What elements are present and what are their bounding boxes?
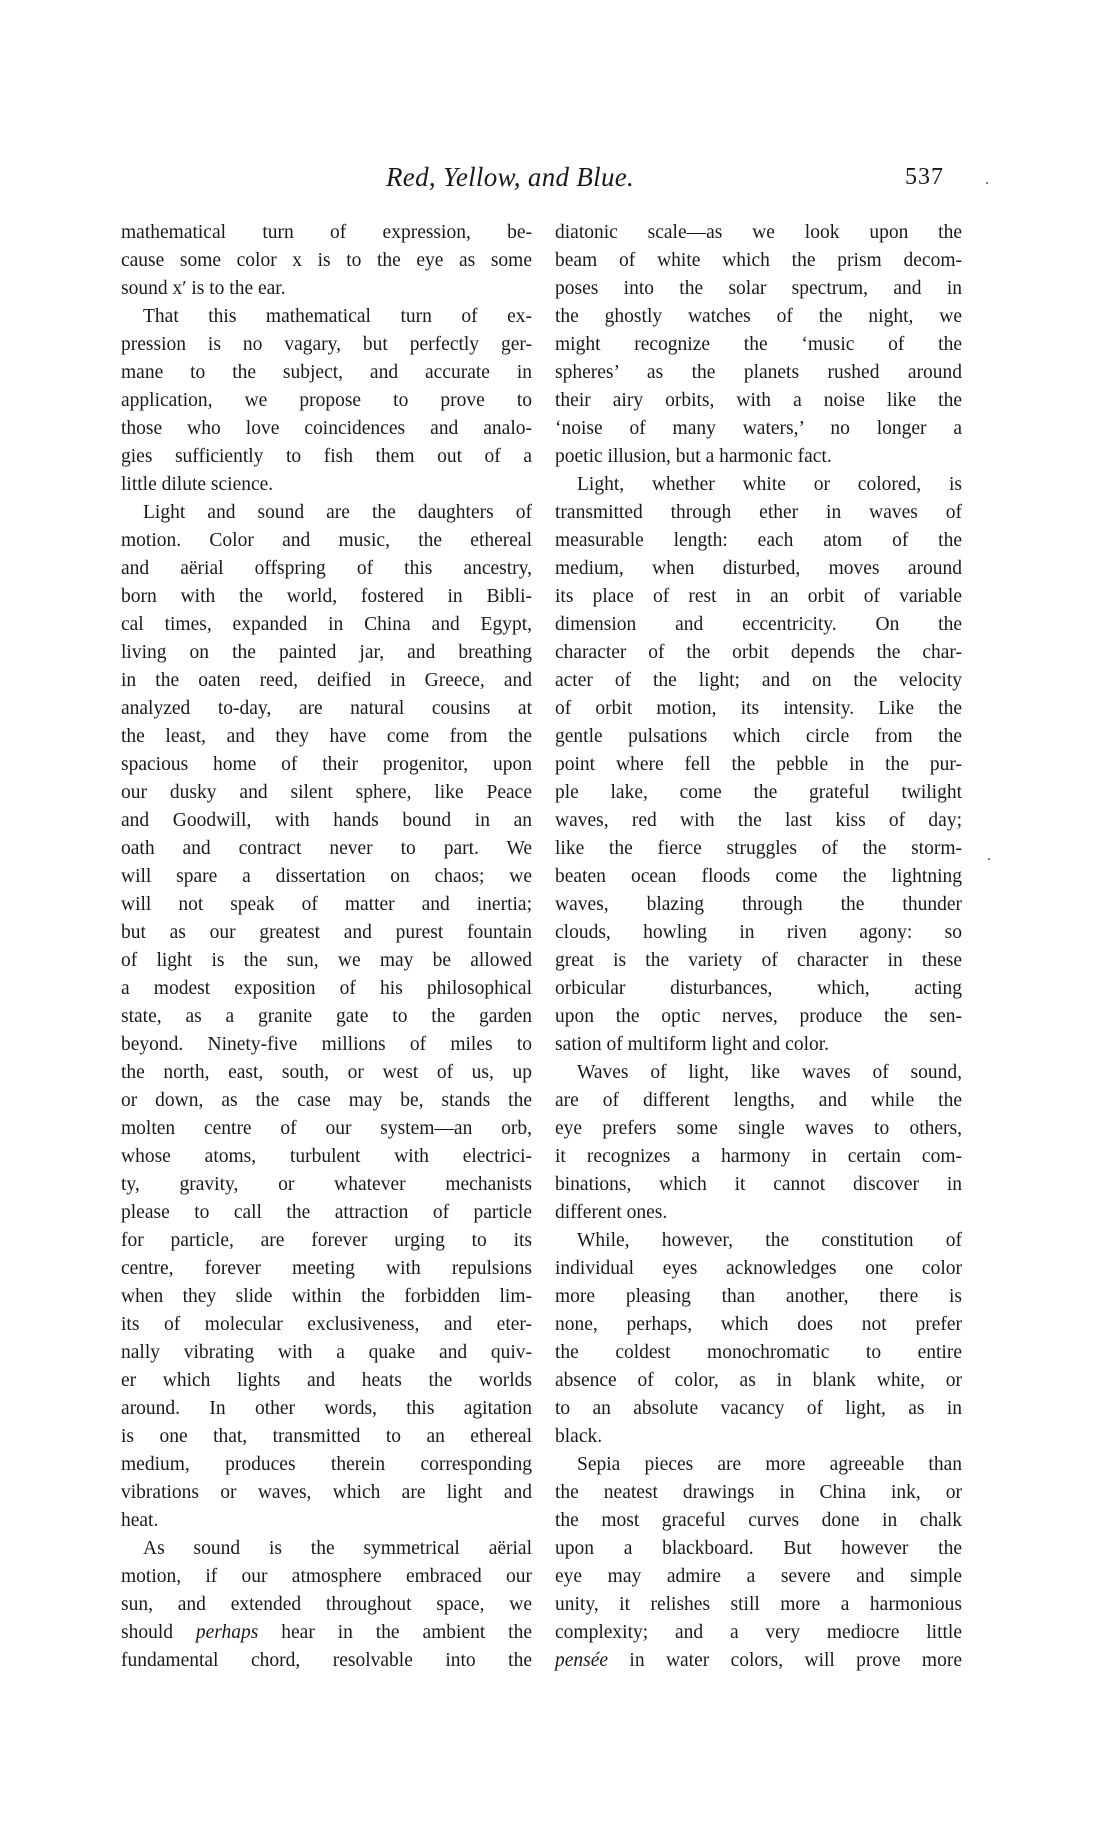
- text-line: different ones.: [555, 1199, 962, 1227]
- text-line: medium, produces therein corresponding: [121, 1451, 532, 1479]
- text-line: unity, it relishes still more a harmonio…: [555, 1591, 962, 1619]
- text-line: measurable length: each atom of the: [555, 527, 962, 555]
- text-line: might recognize the ‘music of the: [555, 331, 962, 359]
- text-line: nally vibrating with a quake and quiv-: [121, 1339, 532, 1367]
- text-line: Waves of light, like waves of sound,: [555, 1059, 962, 1087]
- text-line: cal times, expanded in China and Egypt,: [121, 611, 532, 639]
- text-line: more pleasing than another, there is: [555, 1283, 962, 1311]
- text-line: poetic illusion, but a harmonic fact.: [555, 443, 962, 471]
- text-line: gies sufficiently to fish them out of a: [121, 443, 532, 471]
- text-line: While, however, the constitution of: [555, 1227, 962, 1255]
- text-line: spheres’ as the planets rushed around: [555, 359, 962, 387]
- text-line: spacious home of their progenitor, upon: [121, 751, 532, 779]
- text-line: fundamental chord, resolvable into the: [121, 1647, 532, 1675]
- text-line: are of different lengths, and while the: [555, 1087, 962, 1115]
- text-line: application, we propose to prove to: [121, 387, 532, 415]
- text-line: mathematical turn of expression, be-: [121, 219, 532, 247]
- text-line: mane to the subject, and accurate in: [121, 359, 532, 387]
- text-line: around. In other words, this agitation: [121, 1395, 532, 1423]
- text-line: those who love coincidences and analo-: [121, 415, 532, 443]
- text-line: will not speak of matter and inertia;: [121, 891, 532, 919]
- italic-word: perhaps: [196, 1622, 258, 1643]
- text-line: pensée in water colors, will prove more: [555, 1647, 962, 1675]
- text-line: and aërial offspring of this ancestry,: [121, 555, 532, 583]
- text-line: the neatest drawings in China ink, or: [555, 1479, 962, 1507]
- text-line: living on the painted jar, and breathing: [121, 639, 532, 667]
- text-line: its place of rest in an orbit of variabl…: [555, 583, 962, 611]
- text-line: in the oaten reed, deified in Greece, an…: [121, 667, 532, 695]
- text-line: motion. Color and music, the ethereal: [121, 527, 532, 555]
- running-head: Red, Yellow, and Blue. 537: [0, 160, 1120, 194]
- text-line: to an absolute vacancy of light, as in: [555, 1395, 962, 1423]
- text-line: should perhaps hear in the ambient the: [121, 1619, 532, 1647]
- text-line: motion, if our atmosphere embraced our: [121, 1563, 532, 1591]
- italic-word: pensée: [555, 1650, 608, 1671]
- text-line: the north, east, south, or west of us, u…: [121, 1059, 532, 1087]
- text-line: for particle, are forever urging to its: [121, 1227, 532, 1255]
- text-line: sound x′ is to the ear.: [121, 275, 532, 303]
- text-line: heat.: [121, 1507, 532, 1535]
- right-column: diatonic scale—as we look upon thebeam o…: [555, 219, 962, 1675]
- left-column: mathematical turn of expression, be-caus…: [121, 219, 532, 1675]
- text-line: please to call the attraction of particl…: [121, 1199, 532, 1227]
- text-line: That this mathematical turn of ex-: [121, 303, 532, 331]
- text-line: Light, whether white or colored, is: [555, 471, 962, 499]
- text-line: like the fierce struggles of the storm-: [555, 835, 962, 863]
- text-line: diatonic scale—as we look upon the: [555, 219, 962, 247]
- text-line: a modest exposition of his philosophical: [121, 975, 532, 1003]
- text-line: whose atoms, turbulent with electrici-: [121, 1143, 532, 1171]
- text-line: complexity; and a very mediocre little: [555, 1619, 962, 1647]
- text-line: waves, blazing through the thunder: [555, 891, 962, 919]
- text-line: pression is no vagary, but perfectly ger…: [121, 331, 532, 359]
- text-line: individual eyes acknowledges one color: [555, 1255, 962, 1283]
- text-line: medium, when disturbed, moves around: [555, 555, 962, 583]
- text-line: dimension and eccentricity. On the: [555, 611, 962, 639]
- text-line: As sound is the symmetrical aërial: [121, 1535, 532, 1563]
- text-line: great is the variety of character in the…: [555, 947, 962, 975]
- text-line: Sepia pieces are more agreeable than: [555, 1451, 962, 1479]
- text-line: acter of the light; and on the velocity: [555, 667, 962, 695]
- text-line: molten centre of our system—an orb,: [121, 1115, 532, 1143]
- text-line: sation of multiform light and color.: [555, 1031, 962, 1059]
- text-line: absence of color, as in blank white, or: [555, 1367, 962, 1395]
- text-line: centre, forever meeting with repulsions: [121, 1255, 532, 1283]
- text-line: point where fell the pebble in the pur-: [555, 751, 962, 779]
- text-line: ‘noise of many waters,’ no longer a: [555, 415, 962, 443]
- text-line: will spare a dissertation on chaos; we: [121, 863, 532, 891]
- text-line: character of the orbit depends the char-: [555, 639, 962, 667]
- text-line: born with the world, fostered in Bibli-: [121, 583, 532, 611]
- text-line: black.: [555, 1423, 962, 1451]
- text-line: eye may admire a severe and simple: [555, 1563, 962, 1591]
- text-line: when they slide within the forbidden lim…: [121, 1283, 532, 1311]
- text-line: ple lake, come the grateful twilight: [555, 779, 962, 807]
- text-line: is one that, transmitted to an ethereal: [121, 1423, 532, 1451]
- text-line: beam of white which the prism decom-: [555, 247, 962, 275]
- text-line: state, as a granite gate to the garden: [121, 1003, 532, 1031]
- text-line: cause some color x is to the eye as some: [121, 247, 532, 275]
- text-line: ty, gravity, or whatever mechanists: [121, 1171, 532, 1199]
- text-line: eye prefers some single waves to others,: [555, 1115, 962, 1143]
- scan-speck: [986, 182, 988, 184]
- text-line: the most graceful curves done in chalk: [555, 1507, 962, 1535]
- text-line: analyzed to-day, are natural cousins at: [121, 695, 532, 723]
- text-line: orbicular disturbances, which, acting: [555, 975, 962, 1003]
- text-line: and Goodwill, with hands bound in an: [121, 807, 532, 835]
- text-line: sun, and extended throughout space, we: [121, 1591, 532, 1619]
- scan-speck: [988, 858, 990, 860]
- text-line: its of molecular exclusiveness, and eter…: [121, 1311, 532, 1339]
- text-line: gentle pulsations which circle from the: [555, 723, 962, 751]
- page-number: 537: [905, 160, 944, 194]
- text-line: er which lights and heats the worlds: [121, 1367, 532, 1395]
- text-line: upon the optic nerves, produce the sen-: [555, 1003, 962, 1031]
- text-line: clouds, howling in riven agony: so: [555, 919, 962, 947]
- text-line: binations, which it cannot discover in: [555, 1171, 962, 1199]
- text-line: Light and sound are the daughters of: [121, 499, 532, 527]
- text-line: the ghostly watches of the night, we: [555, 303, 962, 331]
- text-line: the coldest monochromatic to entire: [555, 1339, 962, 1367]
- text-line: of orbit motion, its intensity. Like the: [555, 695, 962, 723]
- text-line: transmitted through ether in waves of: [555, 499, 962, 527]
- text-line: it recognizes a harmony in certain com-: [555, 1143, 962, 1171]
- text-line: beaten ocean floods come the lightning: [555, 863, 962, 891]
- text-line: none, perhaps, which does not prefer: [555, 1311, 962, 1339]
- text-line: of light is the sun, we may be allowed: [121, 947, 532, 975]
- text-line: or down, as the case may be, stands the: [121, 1087, 532, 1115]
- text-line: beyond. Ninety-five millions of miles to: [121, 1031, 532, 1059]
- text-line: their airy orbits, with a noise like the: [555, 387, 962, 415]
- text-line: oath and contract never to part. We: [121, 835, 532, 863]
- text-line: but as our greatest and purest fountain: [121, 919, 532, 947]
- text-line: little dilute science.: [121, 471, 532, 499]
- text-line: vibrations or waves, which are light and: [121, 1479, 532, 1507]
- text-line: the least, and they have come from the: [121, 723, 532, 751]
- text-line: upon a blackboard. But however the: [555, 1535, 962, 1563]
- running-title: Red, Yellow, and Blue.: [386, 160, 634, 194]
- text-line: waves, red with the last kiss of day;: [555, 807, 962, 835]
- text-line: our dusky and silent sphere, like Peace: [121, 779, 532, 807]
- text-line: poses into the solar spectrum, and in: [555, 275, 962, 303]
